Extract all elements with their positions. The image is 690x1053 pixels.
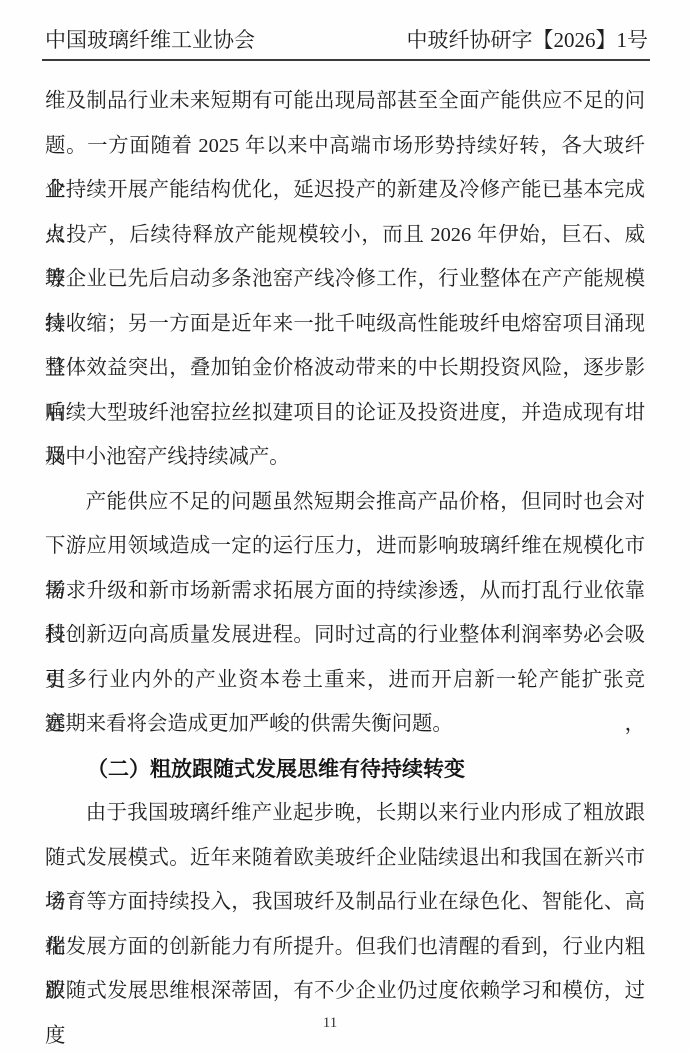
document-body: 维及制品行业未来短期有可能出现局部甚至全面产能供应不足的问 题。一方面随着 20… xyxy=(45,79,645,1014)
document-line: 跟随式发展思维根深蒂固，有不少企业仍过度依赖学习和模仿，过度 xyxy=(45,969,645,1014)
page-number: 11 xyxy=(323,1015,337,1031)
header-divider xyxy=(42,59,650,61)
document-line: 题。一方面随着 2025 年以来中高端市场形势持续好转，各大玻纤企 xyxy=(45,124,645,169)
document-line: 业持续开展产能结构优化，延迟投产的新建及冷修产能已基本完成点 xyxy=(45,168,645,213)
doc-number: 中玻纤协研字【2026】1号 xyxy=(407,26,649,54)
document-page: 中国玻璃纤维工业协会 中玻纤协研字【2026】1号 维及制品行业未来短期有可能出… xyxy=(0,0,690,1053)
document-line: 技创新迈向高质量发展进程。同时过高的行业整体利润率势必会吸引 xyxy=(45,613,645,658)
document-line: 需求升级和新市场新需求拓展方面的持续渗透，从而打乱行业依靠科 xyxy=(45,569,645,614)
document-line: 随式发展模式。近年来随着欧美玻纤企业陆续退出和我国在新兴市场 xyxy=(45,836,645,881)
page-footer: 11 xyxy=(0,1011,660,1035)
document-line: 更多行业内外的产业资本卷土重来，进而开启新一轮产能扩张竞赛， xyxy=(45,658,645,703)
section-heading: （二）粗放跟随式发展思维有待持续转变 xyxy=(45,747,645,792)
document-line: 产能供应不足的问题虽然短期会推高产品价格，但同时也会对 xyxy=(45,480,645,525)
document-line: 由于我国玻璃纤维产业起步晚，长期以来行业内形成了粗放跟 xyxy=(45,791,645,836)
document-line: 维及制品行业未来短期有可能出现局部甚至全面产能供应不足的问 xyxy=(45,79,645,124)
document-line: 续收缩；另一方面是近年来一批千吨级高性能玻纤电熔窑项目涌现且 xyxy=(45,302,645,347)
document-line: 及中小池窑产线持续减产。 xyxy=(45,435,645,480)
document-line: 等企业已先后启动多条池窑产线冷修工作，行业整体在产产能规模持 xyxy=(45,257,645,302)
document-line: 火投产，后续待释放产能规模较小，而且 2026 年伊始，巨石、威玻 xyxy=(45,213,645,258)
org-name: 中国玻璃纤维工业协会 xyxy=(45,26,255,54)
document-header: 中国玻璃纤维工业协会 中玻纤协研字【2026】1号 xyxy=(45,26,648,54)
document-line: 化发展方面的创新能力有所提升。但我们也清醒的看到，行业内粗放 xyxy=(45,925,645,970)
document-line: 下游应用领域造成一定的运行压力，进而影响玻璃纤维在规模化市场 xyxy=(45,524,645,569)
document-line: 培育等方面持续投入，我国玻纤及制品行业在绿色化、智能化、高端 xyxy=(45,880,645,925)
document-line: 后续大型玻纤池窑拉丝拟建项目的论证及投资进度，并造成现有坩埚 xyxy=(45,391,645,436)
document-line: 整体效益突出，叠加铂金价格波动带来的中长期投资风险，逐步影响 xyxy=(45,346,645,391)
